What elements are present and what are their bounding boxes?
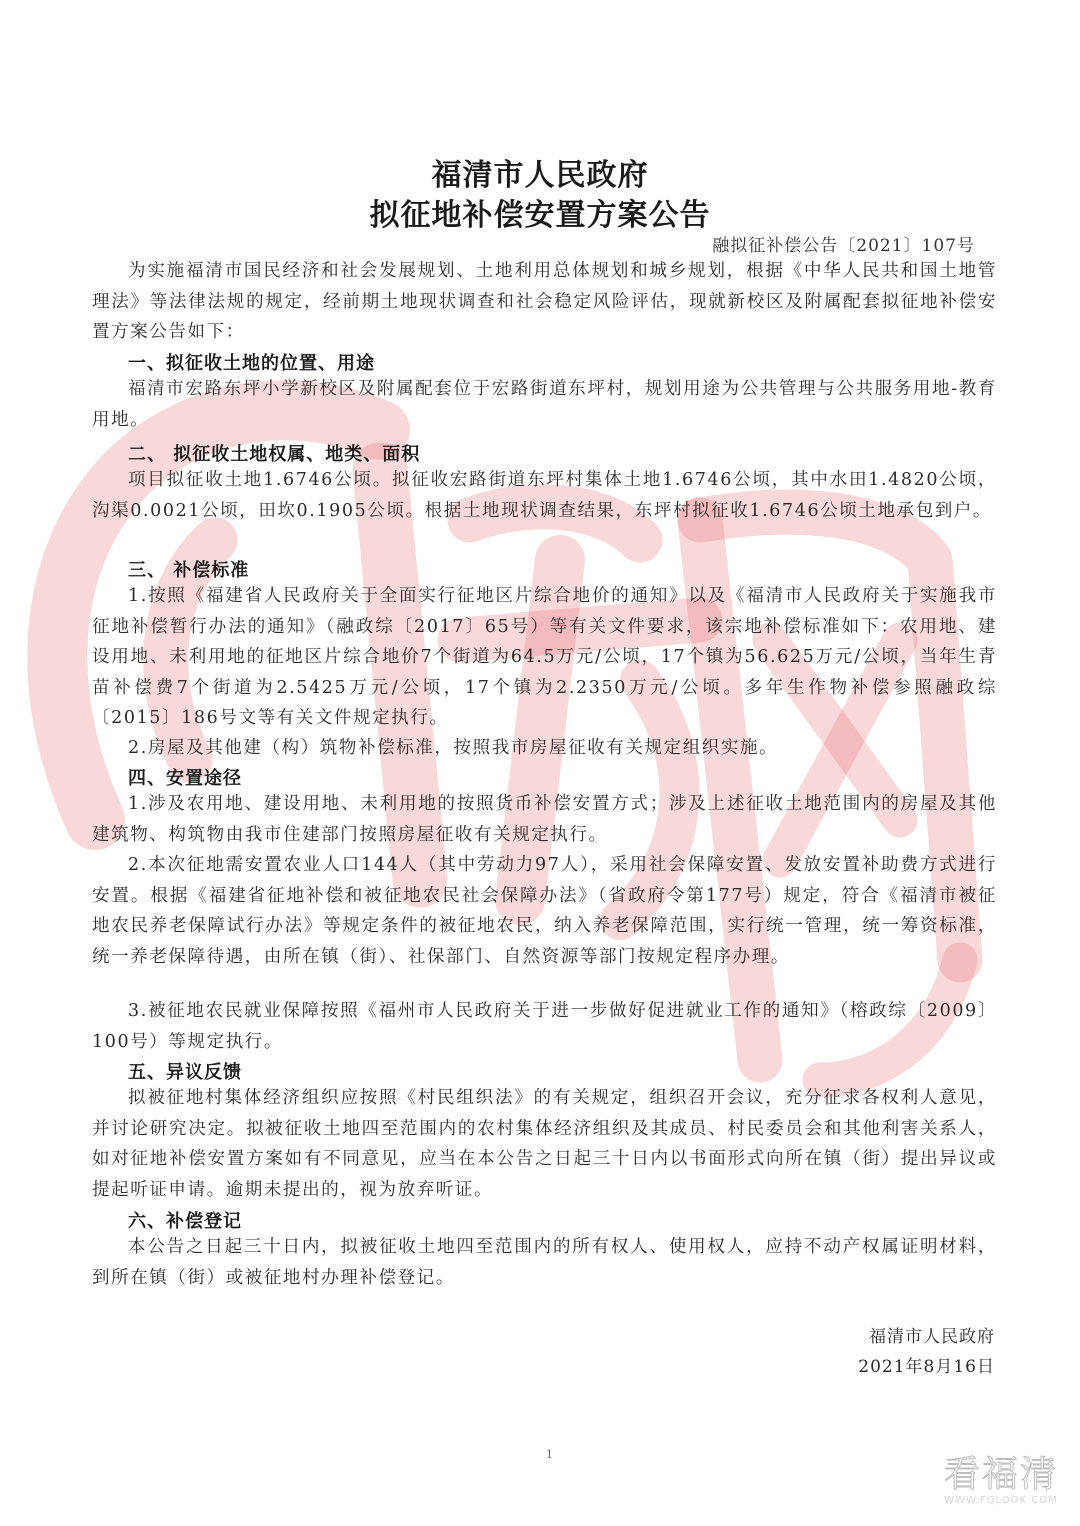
signature-organization: 福清市人民政府 (869, 1322, 995, 1347)
intro-paragraph: 为实施福清市国民经济和社会发展规划、土地利用总体规划和城乡规划，根据《中华人民共… (92, 256, 997, 348)
section-1-paragraph: 福清市宏路东坪小学新校区及附属配套位于宏路街道东坪村，规划用途为公共管理与公共服… (92, 374, 997, 435)
section-4-paragraph-2: 2.本次征地需安置农业人口144人（其中劳动力97人），采用社会保障安置、发放安… (92, 850, 997, 972)
section-3-heading: 三、 补偿标准 (128, 556, 249, 582)
section-2-paragraph: 项目拟征收土地1.6746公顷。拟征收宏路街道东坪村集体土地1.6746公顷，其… (92, 465, 997, 526)
section-3-paragraph-2: 2.房屋及其他建（构）筑物补偿标准，按照我市房屋征收有关规定组织实施。 (92, 733, 997, 764)
section-4-paragraph-1: 1.涉及农用地、建设用地、未利用地的按照货币补偿安置方式；涉及上述征收土地范围内… (92, 789, 997, 850)
section-4-heading: 四、安置途径 (128, 764, 242, 790)
section-1-heading: 一、拟征收土地的位置、用途 (128, 349, 375, 375)
page-number: 1 (546, 1448, 553, 1461)
section-3-paragraph-1: 1.按照《福建省人民政府关于全面实行征地区片综合地价的通知》以及《福清市人民政府… (92, 581, 997, 734)
brand-watermark: 看福清 WWW.FQLOOK.COM (944, 1455, 1058, 1506)
section-5-heading: 五、异议反馈 (128, 1058, 242, 1084)
section-2-heading: 二、 拟征收土地权属、地类、面积 (128, 440, 420, 466)
section-5-paragraph: 拟被征地村集体经济组织应按照《村民组织法》的有关规定，组织召开会议，充分征求各权… (92, 1083, 997, 1205)
signature-date: 2021年8月16日 (858, 1352, 995, 1377)
section-4-paragraph-3: 3.被征地农民就业保障按照《福州市人民政府关于进一步做好促进就业工作的通知》（榕… (92, 996, 997, 1057)
document-title-issuer: 福清市人民政府 (0, 150, 1080, 194)
brand-url: WWW.FQLOOK.COM (944, 1495, 1058, 1506)
document-page: 福清市人民政府 拟征地补偿安置方案公告 融拟征补偿公告〔2021〕107号 为实… (0, 0, 1080, 1526)
section-6-paragraph: 本公告之日起三十日内，拟被征收土地四至范围内的所有权人、使用权人，应持不动产权属… (92, 1232, 997, 1293)
section-6-heading: 六、补偿登记 (128, 1207, 242, 1233)
document-title: 拟征地补偿安置方案公告 (0, 190, 1080, 234)
brand-name: 看福清 (944, 1455, 1058, 1495)
document-number: 融拟征补偿公告〔2021〕107号 (712, 231, 975, 256)
